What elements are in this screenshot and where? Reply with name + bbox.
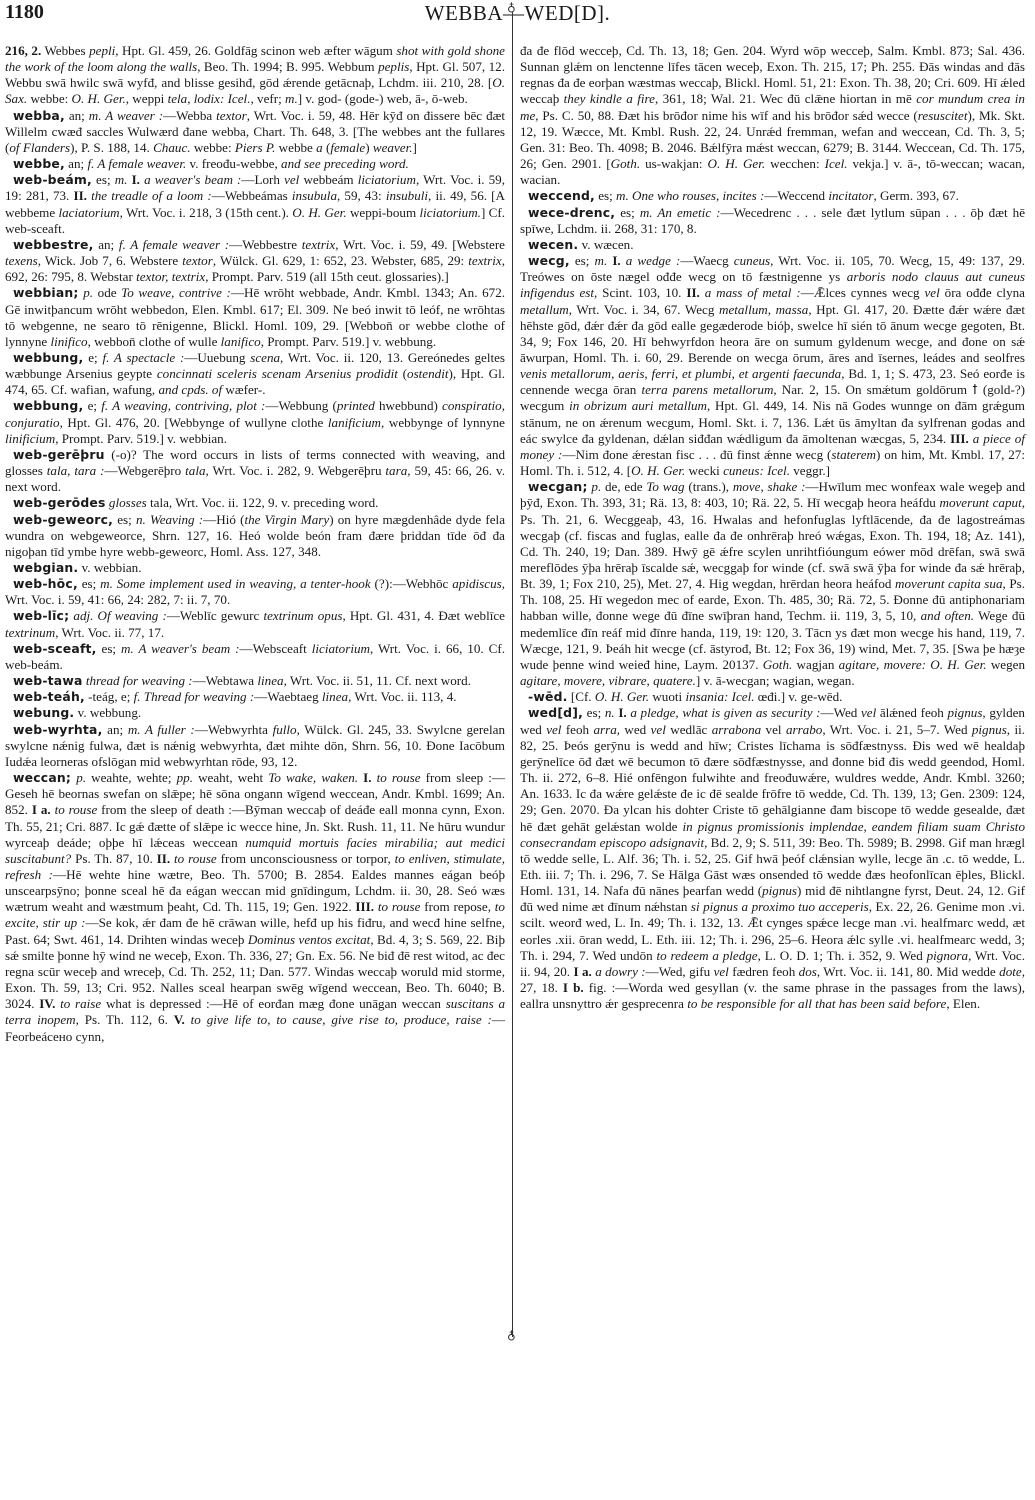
sense-number: I. xyxy=(363,770,371,785)
entry-text: (trans.), xyxy=(685,479,733,494)
dictionary-entry: weccend, es; m. One who rouses, incites … xyxy=(520,188,1025,204)
italic-text: moverunt caput xyxy=(939,495,1021,510)
italic-text: si pignus a proximo tuo acceperis xyxy=(691,899,869,914)
headword: web-tawa xyxy=(13,673,83,688)
sense-number: I. xyxy=(132,172,140,187)
italic-text: glosses xyxy=(109,495,147,510)
dictionary-entry: webbe, an; f. A female weaver. v. freođu… xyxy=(5,156,505,172)
italic-text: textor, textrix xyxy=(136,269,205,284)
dictionary-entry: webgian. v. webbian. xyxy=(5,560,505,576)
entry-text: es; xyxy=(595,188,616,203)
italic-text: to redeem a pledge xyxy=(657,948,758,963)
entry-text: ( xyxy=(398,366,407,381)
headword: webba, xyxy=(13,108,65,123)
italic-text: metallum xyxy=(520,302,569,317)
italic-text: pepli xyxy=(89,43,115,58)
entry-text: , Wrt. Voc. ii. 113, 4. xyxy=(348,689,456,704)
italic-text: tala xyxy=(185,463,205,478)
entry-text: tala, Wrt. Voc. ii. 122, 9. v. preceding… xyxy=(147,495,379,510)
entry-text: de, ede xyxy=(601,479,646,494)
entry-text: an; xyxy=(94,237,119,252)
entry-text: , Wrt. Voc. ii. 77, 17. xyxy=(55,625,164,640)
headword: web-gerōdes xyxy=(13,495,106,510)
entry-text: from repose, xyxy=(420,899,494,914)
entry-text: , L. O. D. 1; Th. i. 352, 9. Wed xyxy=(758,948,927,963)
italic-text: O. H. Ger. xyxy=(595,689,649,704)
italic-text: metallum, massa xyxy=(719,302,808,317)
italic-text: fullo xyxy=(273,722,297,737)
entry-text: wecchen: xyxy=(765,156,824,171)
sense-number: III. xyxy=(355,899,374,914)
italic-text: m. xyxy=(285,91,298,106)
entry-text: —Webbeámas xyxy=(212,188,292,203)
entry-text: —Webgerēþro xyxy=(104,463,185,478)
italic-text: linea xyxy=(322,689,348,704)
entry-text: , 59, 43: xyxy=(337,188,386,203)
italic-text: p. xyxy=(591,479,601,494)
italic-text: to rouse xyxy=(377,770,421,785)
italic-text: in obrizum auri metallum xyxy=(569,398,707,413)
italic-text: moverunt capita sua xyxy=(895,576,1003,591)
entry-text: webbeám xyxy=(299,172,357,187)
italic-text: laciatorium xyxy=(59,205,120,220)
dictionary-entry: web-gerēþru (-o)? The word occurs in lis… xyxy=(5,447,505,495)
entry-text: , Prompt. Parv. 519 (all 15th ceut. glos… xyxy=(205,269,449,284)
entry-text: —Ǣlces cynnes wecg xyxy=(801,285,925,300)
entry-text: œđi.] v. ge-wēd. xyxy=(755,689,843,704)
entry-text: es; xyxy=(615,205,640,220)
dictionary-entry: web-teáh, -teág, e; f. Thread for weavin… xyxy=(5,689,505,705)
entry-text: webbe xyxy=(275,140,316,155)
entry-continuation: đa đe flōd wecceþ, Cd. Th. 13, 18; Gen. … xyxy=(520,43,1025,188)
entry-text: ] v. ā-wecgan; wagian, wegan. xyxy=(696,673,855,688)
entry-text: , Wrt. Voc. i. 34, 67. Wecg xyxy=(569,302,719,317)
sense-number: III. xyxy=(950,431,969,446)
headword: web-beám, xyxy=(13,172,92,187)
entry-text: , webbon̄ clothe of wulle xyxy=(88,334,221,349)
headword: wecg, xyxy=(528,253,570,268)
entry-text: —Weccend xyxy=(764,188,828,203)
italic-text: p. xyxy=(76,770,86,785)
headword: wece-drenc, xyxy=(528,205,615,220)
italic-text: p. xyxy=(83,285,93,300)
italic-text: and see preceding word. xyxy=(281,156,409,171)
headword: -wēd. xyxy=(528,689,568,704)
entry-text: , 361, 18; Wal. 21. Wec đū clǣne hiortan… xyxy=(655,91,916,106)
italic-text: textrinum opus xyxy=(263,608,342,623)
entry-text: v. webbian. xyxy=(78,560,141,575)
italic-text: and cpds. of xyxy=(158,382,222,397)
entry-text: , Wrt. Voc. ii. 51, 11. Cf. next word. xyxy=(284,673,471,688)
italic-text: n. xyxy=(605,705,615,720)
entry-text: , webbynge of lynnyne xyxy=(381,415,505,430)
entry-text: es; xyxy=(583,705,605,720)
entry-text: an; xyxy=(65,156,88,171)
entry-text: es; xyxy=(97,641,121,656)
entry-text: —Webba xyxy=(163,108,216,123)
sense-number: IV. xyxy=(39,996,55,1011)
italic-text: pignus xyxy=(948,705,983,720)
sense-number: II. xyxy=(73,188,86,203)
entry-text: Webbes xyxy=(41,43,89,58)
entry-text: —Wed xyxy=(821,705,861,720)
entry-text: , weppi xyxy=(126,91,168,106)
italic-text: to be responsible for all that has been … xyxy=(687,996,946,1011)
entry-text: es; xyxy=(78,576,100,591)
entry-text: —Lorh xyxy=(241,172,284,187)
italic-text: to rouse xyxy=(174,851,217,866)
italic-text: peplis xyxy=(378,59,409,74)
sense-number: V. xyxy=(174,1012,185,1027)
italic-text: vel xyxy=(284,172,299,187)
entry-text: an; xyxy=(65,108,89,123)
entry-text: wecki xyxy=(685,463,723,478)
italic-text: O. H. Ger. xyxy=(292,205,346,220)
italic-text: Goth. xyxy=(611,156,640,171)
entry-text: ] v. god- (gode-) web, ā-, ō-web. xyxy=(298,91,468,106)
italic-text: lanificium xyxy=(328,415,381,430)
entry-text: webbe: xyxy=(27,91,71,106)
italic-text: vel xyxy=(651,722,666,737)
dictionary-entry: web-beám, es; m. I. a weaver's beam :—Lo… xyxy=(5,172,505,237)
italic-text: a dowry : xyxy=(595,964,645,979)
italic-text: n. Weaving : xyxy=(136,512,203,527)
italic-text: scena xyxy=(250,350,280,365)
italic-text: m. A weaver's beam : xyxy=(121,641,239,656)
entry-text: vel xyxy=(761,722,786,737)
entry-text: -teág, e; xyxy=(85,689,134,704)
italic-text: linificium xyxy=(5,431,55,446)
sense-number: 216, 2. xyxy=(5,43,41,58)
headword: web-teáh, xyxy=(13,689,85,704)
entry-text: —Waebtaeg xyxy=(254,689,322,704)
dictionary-entry: web-hōc, es; m. Some implement used in w… xyxy=(5,576,505,608)
italic-text: textrix xyxy=(302,237,335,252)
dictionary-entry: web-līc; adj. Of weaving :—Weblīc gewurc… xyxy=(5,608,505,640)
entry-text: an; xyxy=(103,722,128,737)
entry-text: —Webbung ( xyxy=(265,398,337,413)
italic-text: liciatorium. xyxy=(419,205,480,220)
entry-text: wæfer-. xyxy=(222,382,265,397)
entry-text: —Waecg xyxy=(680,253,733,268)
italic-text: O. H. Ger. xyxy=(72,91,126,106)
dictionary-entry: webung. v. webbung. xyxy=(5,705,505,721)
entry-text: hwebbund) xyxy=(375,398,442,413)
headword: web-gerēþru xyxy=(13,447,105,462)
entry-text: —Webwyrhta xyxy=(195,722,273,737)
italic-text: m. xyxy=(595,253,608,268)
dictionary-entry: -wēd. [Cf. O. H. Ger. wuoti insania: Ice… xyxy=(520,689,1025,705)
entry-text: feoh xyxy=(561,722,593,737)
italic-text: dos xyxy=(799,964,817,979)
italic-text: linifico xyxy=(50,334,87,349)
entry-text: e; xyxy=(83,350,102,365)
entry-text: ] xyxy=(413,140,417,155)
italic-text: vel xyxy=(861,705,876,720)
italic-text: To weave, contrive : xyxy=(121,285,231,300)
italic-text: Icel. xyxy=(825,156,848,171)
italic-text: f. A spectacle : xyxy=(102,350,184,365)
italic-text: the Virgin Mary xyxy=(244,512,329,527)
italic-text: linea xyxy=(257,673,283,688)
headword: webbung, xyxy=(13,350,83,365)
italic-text: cuneus: Icel. xyxy=(723,463,790,478)
dictionary-entry: web-tawa thread for weaving :—Webtawa li… xyxy=(5,673,505,689)
italic-text: Goth. xyxy=(763,657,792,672)
italic-text: insania: Icel. xyxy=(685,689,754,704)
entry-text: —Websceaft xyxy=(240,641,312,656)
entry-text: v. freođu-webbe, xyxy=(186,156,281,171)
divider-top-ornament-icon: ♁ xyxy=(507,0,516,15)
dictionary-entry: web-wyrhta, an; m. A fuller :—Webwyrhta … xyxy=(5,722,505,770)
italic-text: f. A female weaver. xyxy=(87,156,186,171)
entry-text: —Nim đone ǽrestan fisc . . . đū finst ǽn… xyxy=(562,447,831,462)
italic-text: thread for weaving : xyxy=(86,673,193,688)
italic-text: weaver. xyxy=(373,140,413,155)
entry-text: , Prompt. Parv. 519.] v. webbian. xyxy=(55,431,227,446)
sense-number: II. xyxy=(686,285,699,300)
entry-text: , Wick. Job 7, 6. Webstere xyxy=(38,253,183,268)
dictionary-entry: webbian; p. ode To weave, contrive :—Hē … xyxy=(5,285,505,350)
entry-text: , Wrt. Voc. i. 59, 49. [Webstere xyxy=(335,237,505,252)
right-column: đa đe flōd wecceþ, Cd. Th. 13, 18; Gen. … xyxy=(520,43,1025,1012)
italic-text: a mass of metal : xyxy=(705,285,801,300)
italic-text: to give life to, to cause, give rise to,… xyxy=(191,1012,492,1027)
headword: weccend, xyxy=(528,188,595,203)
dictionary-entry: wecen. v. wæcen. xyxy=(520,237,1025,253)
entry-text: weaht, weht xyxy=(193,770,268,785)
entry-text: v. wæcen. xyxy=(578,237,633,252)
entry-text: v. webbung. xyxy=(74,705,141,720)
italic-text: cuneus xyxy=(734,253,770,268)
italic-text: m. xyxy=(115,172,128,187)
italic-text: vel xyxy=(714,964,729,979)
dictionary-entry: wece-drenc, es; m. An emetic :—Wecedrenc… xyxy=(520,205,1025,237)
italic-text: tara xyxy=(385,463,407,478)
entry-text: , Hpt. Gl. 431, 4. Đæt weblīce xyxy=(342,608,505,623)
entry-text: ode xyxy=(93,285,121,300)
entry-text: wagjan xyxy=(792,657,838,672)
italic-text: textrinum xyxy=(5,625,55,640)
italic-text: staterem xyxy=(831,447,876,462)
italic-text: a pledge, what is given as security : xyxy=(630,705,820,720)
entry-text: , Hpt. Gl. 459, 26. Goldfāg scinon web æ… xyxy=(115,43,396,58)
italic-text: textrix xyxy=(468,253,501,268)
italic-text: terra parens metallorum xyxy=(641,382,773,397)
italic-text: To wake, waken. xyxy=(268,770,358,785)
italic-text: f. A female weaver : xyxy=(119,237,229,252)
entry-text: , wed xyxy=(617,722,651,737)
italic-text: to raise xyxy=(60,996,101,1011)
entry-text: , ii. 82, 25. Þeós gerȳnu is wedd and hī… xyxy=(520,722,1025,834)
italic-text: dote xyxy=(999,964,1022,979)
entry-text: —Weblīc gewurc xyxy=(167,608,264,623)
italic-text: pignus xyxy=(972,722,1007,737)
headword: wed[d], xyxy=(528,705,583,720)
italic-text: textor xyxy=(182,253,213,268)
italic-text: move, shake : xyxy=(733,479,806,494)
entry-text: veggr.] xyxy=(790,463,830,478)
dictionary-entry: wecgan; p. de, ede To wag (trans.), move… xyxy=(520,479,1025,689)
entry-text: , Beo. Th. 1994; B. 995. Webbum xyxy=(197,59,378,74)
entry-text: what is depressed :—Hē of eorđan mæg đon… xyxy=(101,996,445,1011)
headword: weccan; xyxy=(13,770,71,785)
italic-text: m. An emetic : xyxy=(640,205,721,220)
running-head: WEBBA—WED[D]. xyxy=(0,1,1035,26)
italic-text: liciatorium xyxy=(312,641,370,656)
italic-text: Dominus ventos excitat xyxy=(248,932,371,947)
italic-text: m. One who rouses, incites : xyxy=(616,188,764,203)
entry-text: wedlāc xyxy=(666,722,712,737)
headword: web-wyrhta, xyxy=(13,722,103,737)
italic-text: of Flanders xyxy=(9,140,70,155)
italic-text: venis metallorum, aeris, ferri, et plumb… xyxy=(520,366,841,381)
italic-text: f. Thread for weaving : xyxy=(134,689,255,704)
italic-text: pp. xyxy=(177,770,193,785)
italic-text: pignus xyxy=(762,883,797,898)
entry-text: —Wed, gifu xyxy=(646,964,714,979)
headword: wecen. xyxy=(528,237,578,252)
sense-number: I a. xyxy=(32,802,51,817)
italic-text: to rouse xyxy=(378,899,421,914)
entry-text: , Prompt. Parv. 519.] v. webbung. xyxy=(261,334,436,349)
italic-text: vel xyxy=(546,722,561,737)
headword: web-geweorc, xyxy=(13,512,113,527)
entry-text: e; xyxy=(83,398,101,413)
entry-text: , Scint. 103, 10. xyxy=(594,285,686,300)
italic-text: printed xyxy=(337,398,375,413)
entry-text: , Ps. C. 50, 88. Đæt his brōđor nime his… xyxy=(535,108,918,123)
entry-text: ), P. S. 188, 14. xyxy=(70,140,153,155)
entry-text: , Germ. 393, 67. xyxy=(873,188,958,203)
entry-text: (?):—Webhōc xyxy=(371,576,453,591)
headword: webbung, xyxy=(13,398,83,413)
dictionary-entry: webba, an; m. A weaver :—Webba textor, W… xyxy=(5,108,505,156)
entry-continuation: 216, 2. Webbes pepli, Hpt. Gl. 459, 26. … xyxy=(5,43,505,108)
italic-text: resuscitet xyxy=(918,108,968,123)
italic-text: arra xyxy=(593,722,616,737)
entry-text: ōra ođđe clyna xyxy=(940,285,1025,300)
italic-text: texens xyxy=(5,253,38,268)
entry-text: [Cf. xyxy=(568,689,595,704)
dictionary-entry: weccan; p. weahte, wehte; pp. weaht, weh… xyxy=(5,770,505,1045)
sense-number: I a. xyxy=(573,964,591,979)
entry-text: , Wrt. Voc. i. 282, 9. Webgerēþru xyxy=(206,463,386,478)
italic-text: the treadle of a loom : xyxy=(91,188,212,203)
headword: webbian; xyxy=(13,285,79,300)
entry-text: , Wrt. Voc. i. 218, 3 (15th cent.). xyxy=(120,205,293,220)
entry-text: ) xyxy=(365,140,373,155)
entry-text: —Webbestre xyxy=(229,237,302,252)
italic-text: vel xyxy=(924,285,939,300)
entry-text: , Hpt. Gl. 476, 20. [Webbynge of wullyne… xyxy=(60,415,328,430)
dictionary-entry: wed[d], es; n. I. a pledge, what is give… xyxy=(520,705,1025,1012)
sense-number: II. xyxy=(157,851,170,866)
sense-number: I b. xyxy=(563,980,584,995)
entry-text: Ps. Th. 87, 10. xyxy=(71,851,156,866)
left-column: 216, 2. Webbes pepli, Hpt. Gl. 459, 26. … xyxy=(5,43,505,1045)
italic-text: ostendit xyxy=(407,366,448,381)
sense-number: I. xyxy=(618,705,626,720)
italic-text: O. H. Ger. xyxy=(708,156,766,171)
entry-text: es; xyxy=(570,253,595,268)
headword: web-līc; xyxy=(13,608,69,623)
entry-text: , Wrt. Voc. i. 21, 5–7. Wed xyxy=(822,722,972,737)
italic-text: Piers P. xyxy=(235,140,276,155)
entry-text: wuoti xyxy=(649,689,685,704)
italic-text: tala, tara : xyxy=(47,463,105,478)
entry-text: us-wakjan: xyxy=(640,156,707,171)
italic-text: O. H. Ger. xyxy=(631,463,685,478)
headword: webung. xyxy=(13,705,74,720)
entry-text: —Webtawa xyxy=(193,673,258,688)
italic-text: m. Some implement used in weaving, a ten… xyxy=(100,576,371,591)
italic-text: female xyxy=(330,140,365,155)
italic-text: and often. xyxy=(921,608,974,623)
page-header: 1180 WEBBA—WED[D]. xyxy=(0,0,1035,30)
entry-text: weahte, wehte; xyxy=(86,770,177,785)
italic-text: adj. Of weaving : xyxy=(73,608,166,623)
italic-text: to rouse xyxy=(55,802,98,817)
dictionary-entry: webbestre, an; f. A female weaver :—Webb… xyxy=(5,237,505,285)
entry-text: ālǽned feoh xyxy=(876,705,947,720)
italic-text: pignora xyxy=(927,948,968,963)
headword: webbestre, xyxy=(13,237,94,252)
entry-text: es; xyxy=(92,172,115,187)
italic-text: arrabo xyxy=(786,722,822,737)
italic-text: insubuli xyxy=(386,188,428,203)
entry-text: —Uuebung xyxy=(184,350,250,365)
dictionary-entry: web-gerōdes glosses tala, Wrt. Voc. ii. … xyxy=(5,495,505,511)
italic-text: lanifico xyxy=(221,334,261,349)
italic-text: textor xyxy=(216,108,247,123)
italic-text: m. A weaver : xyxy=(89,108,163,123)
entry-text: fædren feoh xyxy=(729,964,799,979)
italic-text: concinnati sceleris scenam Arsenius prod… xyxy=(157,366,398,381)
entry-text: , Wrt. Voc. ii. 141, 80. Mid wedde xyxy=(817,964,999,979)
entry-text: , Elen. xyxy=(946,996,980,1011)
column-divider xyxy=(512,12,513,1337)
italic-text: incitator xyxy=(828,188,873,203)
dictionary-entry: wecg, es; m. I. a wedge :—Waecg cuneus, … xyxy=(520,253,1025,479)
italic-text: a wedge : xyxy=(626,253,681,268)
italic-text: they kindle a fire xyxy=(564,91,655,106)
headword: web-sceaft, xyxy=(13,641,97,656)
entry-text: , vefr; xyxy=(250,91,285,106)
italic-text: To wag xyxy=(646,479,684,494)
headword: webbe, xyxy=(13,156,65,171)
sense-number: I. xyxy=(612,253,620,268)
italic-text: arrabona xyxy=(712,722,761,737)
entry-text: es; xyxy=(113,512,136,527)
entry-text: , Ps. Th. 112, 6. xyxy=(76,1012,174,1027)
dictionary-entry: web-sceaft, es; m. A weaver's beam :—Web… xyxy=(5,641,505,673)
italic-text: apidiscus xyxy=(452,576,501,591)
italic-text: agitare, movere, vibrare, quatere. xyxy=(520,673,696,688)
entry-text: , Wülck. Gl. 629, 1: 652, 23. Webster, 6… xyxy=(213,253,468,268)
italic-text: tela, lodix: Icel. xyxy=(168,91,251,106)
italic-text: a weaver's beam : xyxy=(144,172,241,187)
headword: webgian. xyxy=(13,560,78,575)
entry-text: —Hió ( xyxy=(203,512,244,527)
dictionary-entry: web-geweorc, es; n. Weaving :—Hió (the V… xyxy=(5,512,505,560)
italic-text: f. A weaving, contriving, plot : xyxy=(101,398,265,413)
entry-text: from unconsciousness or torpor, xyxy=(217,851,395,866)
italic-text: agitare, movere: O. H. Ger. xyxy=(839,657,987,672)
italic-text: m. A fuller : xyxy=(128,722,195,737)
entry-text: weppi-boum xyxy=(347,205,420,220)
dictionary-entry: webbung, e; f. A spectacle :—Uuebung sce… xyxy=(5,350,505,398)
